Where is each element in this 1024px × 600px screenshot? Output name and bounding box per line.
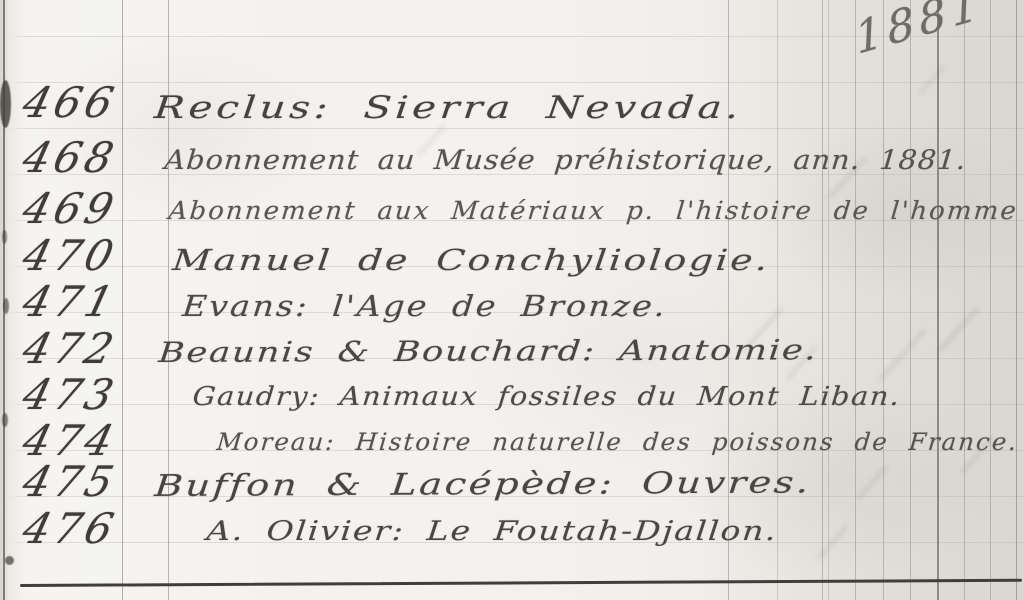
entry-number: 476 xyxy=(18,504,122,553)
entry-number: 468 xyxy=(18,133,122,182)
ledger-row: 471 Evans: l'Age de Bronze. xyxy=(0,285,1024,333)
entry-number: 473 xyxy=(18,370,122,419)
entry-number: 469 xyxy=(18,184,122,233)
entry-title: Beaunis & Bouchard: Anatomie. xyxy=(157,333,819,369)
ledger-page-scan: 1881 466 Reclus: Sierra Nevada. 468 Abon… xyxy=(0,0,1024,600)
bottom-divider-line xyxy=(20,579,1022,587)
ledger-row: 470 Manuel de Conchyliologie. xyxy=(0,239,1024,287)
entry-number: 466 xyxy=(18,78,122,127)
entry-title: Abonnement aux Matériaux p. l'histoire d… xyxy=(167,196,1024,225)
entry-number: 470 xyxy=(18,231,122,280)
ledger-row: 466 Reclus: Sierra Nevada. xyxy=(0,86,1024,134)
entry-title: Manuel de Conchyliologie. xyxy=(171,243,771,277)
entry-number: 472 xyxy=(18,324,122,373)
ledger-row: 472 Beaunis & Bouchard: Anatomie. xyxy=(0,332,1024,380)
ledger-row: 469 Abonnement aux Matériaux p. l'histoi… xyxy=(0,192,1024,240)
ledger-row: 468 Abonnement au Musée préhistorique, a… xyxy=(0,141,1024,189)
entry-title: A. Olivier: Le Foutah-Djallon. xyxy=(205,516,779,547)
entry-number: 475 xyxy=(18,457,122,506)
entry-title: Reclus: Sierra Nevada. xyxy=(153,90,744,126)
entry-title: Buffon & Lacépède: Ouvres. xyxy=(153,465,812,504)
entry-title: Evans: l'Age de Bronze. xyxy=(181,289,669,323)
year-annotation: 1881 xyxy=(852,0,986,65)
ledger-row: 473 Gaudry: Animaux fossiles du Mont Lib… xyxy=(0,378,1024,426)
entry-title: Gaudry: Animaux fossiles du Mont Liban. xyxy=(191,382,902,412)
entry-title: Moreau: Histoire naturelle des poissons … xyxy=(216,428,1020,456)
entry-title: Abonnement au Musée préhistorique, ann. … xyxy=(163,145,968,176)
ledger-row: 476 A. Olivier: Le Foutah-Djallon. xyxy=(0,512,1024,560)
entry-number: 471 xyxy=(18,277,122,326)
ledger-row: 475 Buffon & Lacépède: Ouvres. xyxy=(0,465,1024,513)
